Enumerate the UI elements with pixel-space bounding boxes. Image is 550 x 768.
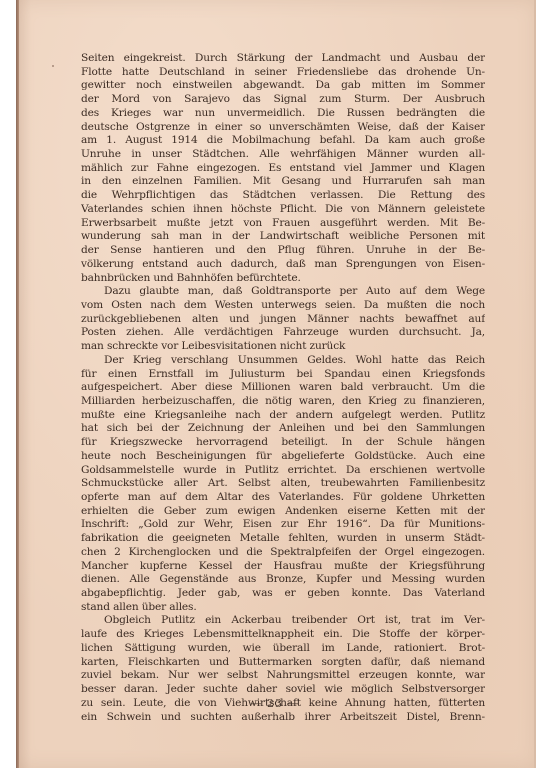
- text-line: Posten ziehen. Alle verdächtigen Fahrzeu…: [81, 326, 485, 340]
- text-line: fabrikation die geeigneten Metalle fehlt…: [81, 532, 485, 546]
- text-line: opferte man auf dem Altar des Vaterlande…: [81, 491, 485, 505]
- text-line: zurückgebliebenen alten und jungen Männe…: [81, 313, 485, 327]
- text-line: heute noch Bescheinigungen für abgeliefe…: [81, 450, 485, 464]
- text-line: Goldsammelstelle wurde in Putlitz errich…: [81, 464, 485, 478]
- text-line: Erwerbsarbeit mußte jetzt von Frauen aus…: [81, 217, 485, 231]
- text-line: erhielten die Geber zum ewigen Andenken …: [81, 505, 485, 519]
- text-line: lichen Sättigung wurden, wie überall im …: [81, 642, 485, 656]
- text-line: besser daran. Jeder suchte daher soviel …: [81, 683, 485, 697]
- paper-speck: [52, 65, 54, 67]
- paper-speck: [288, 592, 290, 594]
- text-line: stand allen über alles.: [81, 601, 485, 615]
- text-line: für einen Ernstfall im Juliusturm bei Sp…: [81, 368, 485, 382]
- page-right-edge: [534, 0, 536, 768]
- text-line: ein Schwein und suchten außerhalb ihrer …: [81, 711, 485, 725]
- text-line: in den einzelnen Familien. Mit Gesang un…: [81, 175, 485, 189]
- text-line: völkerung entstand auch dadurch, daß man…: [81, 258, 485, 272]
- text-line: des Krieges war nun unvermeidlich. Die R…: [81, 107, 485, 121]
- text-line: mußte eine Kriegsanleihe nach der andern…: [81, 409, 485, 423]
- text-line: Milliarden herbeizuschaffen, die nötig w…: [81, 395, 485, 409]
- text-line: dienen. Alle Gegenstände aus Bronze, Kup…: [81, 573, 485, 587]
- text-line: gewitter noch einstweilen abgewandt. Da …: [81, 79, 485, 93]
- text-line: Mancher kupferne Kessel der Hausfrau muß…: [81, 560, 485, 574]
- text-line: Schmuckstücke aller Art. Selbst alten, t…: [81, 477, 485, 491]
- text-line: Flotte hatte Deutschland in seiner Fried…: [81, 66, 485, 80]
- text-line: Seiten eingekreist. Durch Stärkung der L…: [81, 52, 485, 66]
- text-line: der Sense hantieren und den Pflug führen…: [81, 244, 485, 258]
- text-line: Dazu glaubte man, daß Goldtransporte per…: [81, 285, 485, 299]
- page-spine-edge: [16, 0, 19, 768]
- text-line: man schreckte vor Leibesvisitationen nic…: [81, 340, 485, 354]
- text-line: vom Osten nach dem Westen unterwegs seie…: [81, 299, 485, 313]
- text-line: hat sich bei der Zeichnung der Anleihen …: [81, 422, 485, 436]
- paragraph: Seiten eingekreist. Durch Stärkung der L…: [81, 52, 485, 285]
- text-line: deutsche Ostgrenze in einer so unverschä…: [81, 121, 485, 135]
- text-line: Unruhe in unser Städtchen. Alle wehrfähi…: [81, 148, 485, 162]
- text-line: Vaterlandes schien ihnen höchste Pflicht…: [81, 203, 485, 217]
- text-line: der Mord von Sarajevo das Signal zum Stu…: [81, 93, 485, 107]
- paragraph: Dazu glaubte man, daß Goldtransporte per…: [81, 285, 485, 354]
- text-line: mählich zur Fahne eingezogen. Es entstan…: [81, 162, 485, 176]
- text-line: am 1. August 1914 die Mobilmachung befah…: [81, 134, 485, 148]
- text-line: Inschrift: „Gold zur Wehr, Eisen zur Ehr…: [81, 518, 485, 532]
- page-number: — 23 —: [0, 697, 550, 710]
- body-text: Seiten eingekreist. Durch Stärkung der L…: [81, 52, 485, 724]
- text-line: chen 2 Kirchenglocken und die Spektralpf…: [81, 546, 485, 560]
- paragraph: Der Krieg verschlang Unsummen Geldes. Wo…: [81, 354, 485, 615]
- text-line: laufe des Krieges Lebensmittelknappheit …: [81, 628, 485, 642]
- text-line: zuviel bekam. Nur wer selbst Nahrungsmit…: [81, 669, 485, 683]
- text-line: wunderung sah man in der Landwirtschaft …: [81, 230, 485, 244]
- text-line: karten, Fleischkarten und Buttermarken s…: [81, 656, 485, 670]
- text-line: Der Krieg verschlang Unsummen Geldes. Wo…: [81, 354, 485, 368]
- text-line: bahnbrücken und Bahnhöfen befürchtete.: [81, 272, 485, 286]
- text-line: die Wehrpflichtigen das Städtchen verlas…: [81, 189, 485, 203]
- text-line: abgabepflichtig. Jeder gab, was er geben…: [81, 587, 485, 601]
- text-line: für Kriegszwecke hervorragend beteiligt.…: [81, 436, 485, 450]
- text-line: aufgespeichert. Aber diese Millionen war…: [81, 381, 485, 395]
- text-line: Obgleich Putlitz ein Ackerbau treibender…: [81, 614, 485, 628]
